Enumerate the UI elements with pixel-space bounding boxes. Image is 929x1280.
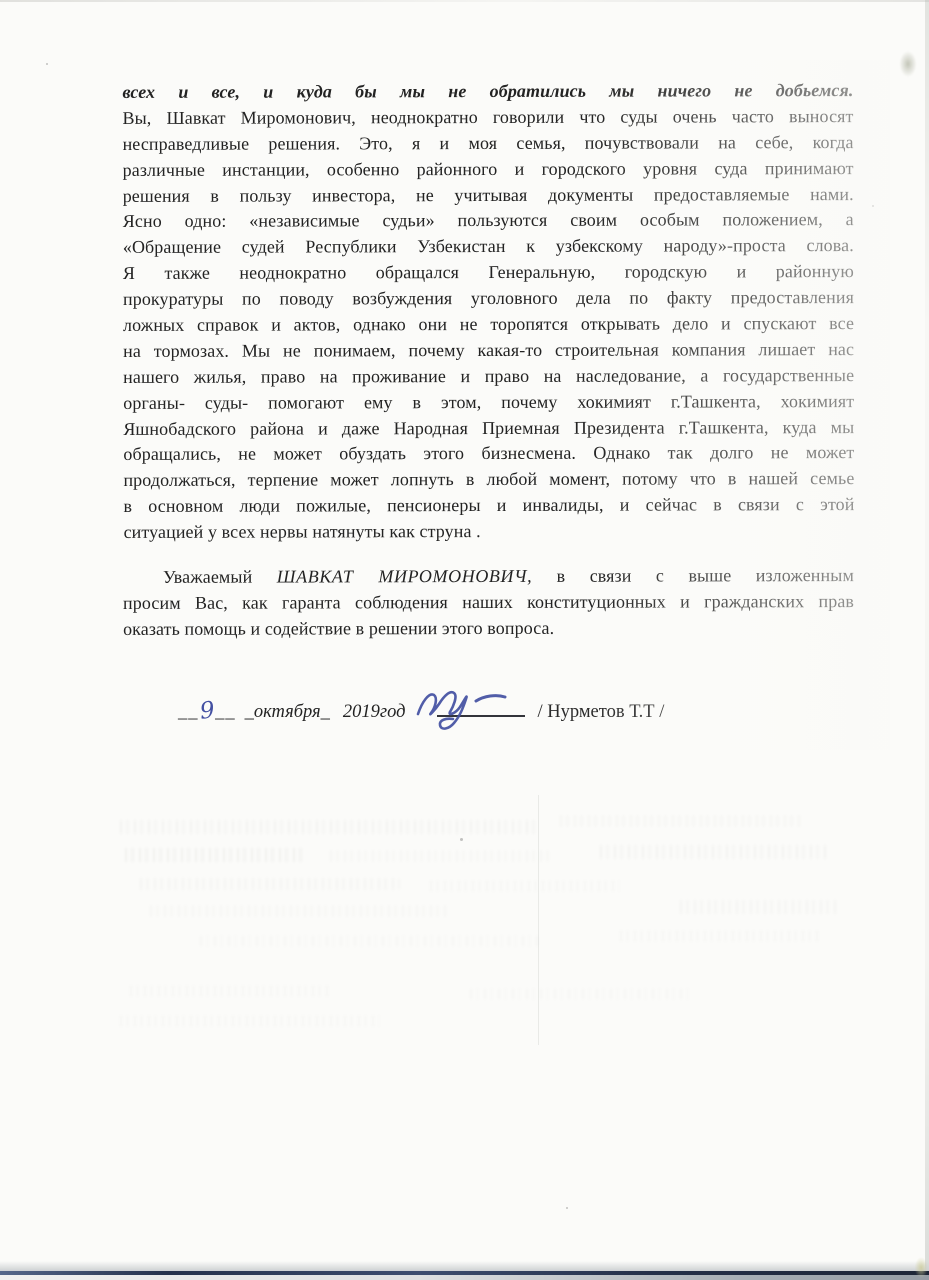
text-line: Вы, Шавкат Миромонович, неоднократно гов… <box>122 104 853 132</box>
speck-artifact <box>46 63 48 65</box>
text-line: просим Вас, как гаранта соблюдения наших… <box>123 589 854 617</box>
scan-corner-artifact <box>903 1249 929 1280</box>
bleed-through-artifact <box>125 848 305 862</box>
text-line: Ясно одно: «независимые судьи» пользуютс… <box>123 207 854 235</box>
text-line: обращались, не может обуздать этого бизн… <box>123 441 854 469</box>
speck-artifact <box>872 205 874 207</box>
text-line-bold-italic: всех и все, и куда бы мы не обратились м… <box>122 78 853 106</box>
text-line: на тормозах. Мы не понимаем, почему кака… <box>123 337 854 365</box>
addressee-name: ШАВКАТ МИРОМОНОВИЧ, <box>277 566 532 587</box>
scan-edge-right <box>925 0 929 1280</box>
smudge-artifact <box>896 46 920 82</box>
bleed-through-artifact <box>140 878 400 890</box>
date-year: 2019год <box>343 699 406 725</box>
bleed-through-artifact <box>330 850 550 862</box>
salutation: Уважаемый <box>163 567 252 587</box>
bleed-through-artifact <box>430 880 620 892</box>
date-day-handwritten: 9 <box>198 697 215 724</box>
bleed-through-artifact <box>120 1015 380 1027</box>
text-line: ситуацией у всех нервы натянуты как стру… <box>124 518 855 546</box>
text-line: Я также неоднократно обращался Генеральн… <box>123 259 854 287</box>
bleed-through-artifact <box>120 820 540 834</box>
text-line: ложных справок и актов, однако они не то… <box>123 311 854 339</box>
text-line: Уважаемый ШАВКАТ МИРОМОНОВИЧ, в связи с … <box>123 563 854 591</box>
scan-edge-top <box>0 0 929 2</box>
text-line: продолжаться, терпение может лопнуть в л… <box>123 466 854 494</box>
bleed-through-artifact <box>150 905 450 917</box>
underscore-blank: __ <box>178 699 199 725</box>
text-line: органы- суды- помогают ему в этом, почем… <box>123 389 854 417</box>
bleed-through-artifact <box>620 930 820 942</box>
letter-body-paragraph-1: всех и все, и куда бы мы не обратились м… <box>122 78 854 546</box>
bleed-through-artifact <box>560 815 800 827</box>
bleed-through-artifact <box>130 985 330 997</box>
bleed-through-artifact <box>200 935 540 947</box>
text-line: оказать помощь и содействие в решении эт… <box>123 615 854 643</box>
scan-edge-bottom <box>0 1271 929 1275</box>
date-month: _октября_ <box>245 699 330 725</box>
bleed-through-artifact <box>680 900 840 914</box>
letter-body-paragraph-2: Уважаемый ШАВКАТ МИРОМОНОВИЧ, в связи с … <box>123 563 854 643</box>
text-line: Яшнобадского района и даже Народная Прие… <box>123 415 854 443</box>
signature-ink <box>408 680 523 736</box>
text-line: прокуратуры по поводу возбуждения уголов… <box>123 285 854 313</box>
bleed-through-artifact <box>470 988 690 1000</box>
scan-edge-bottom-shadow <box>0 1261 929 1271</box>
salutation-continuation: в связи с выше изложенным <box>557 565 854 586</box>
text-line: несправедливые решения. Это, я и моя сем… <box>123 130 854 158</box>
scan-edge-bottom-under <box>0 1275 929 1280</box>
text-line: в основном люди пожилые, пенсионеры и ин… <box>123 492 854 520</box>
text-line: решения в пользу инвестора, не учитывая … <box>123 182 854 210</box>
bleed-through-artifact <box>600 845 830 859</box>
text-line: нашего жилья, право на проживание и прав… <box>123 363 854 391</box>
speck-artifact <box>566 1207 568 1209</box>
signer-name: / Нурметов Т.Т / <box>538 699 665 725</box>
speck-artifact <box>460 838 463 841</box>
underscore-blank: __ <box>215 699 236 725</box>
scan-fold-line <box>538 795 539 1045</box>
text-line: различные инстанции, особенно районного … <box>123 156 854 184</box>
text-line: «Обращение судей Республики Узбекистан к… <box>123 233 854 261</box>
scanned-letter-page: всех и все, и куда бы мы не обратились м… <box>0 0 929 1280</box>
